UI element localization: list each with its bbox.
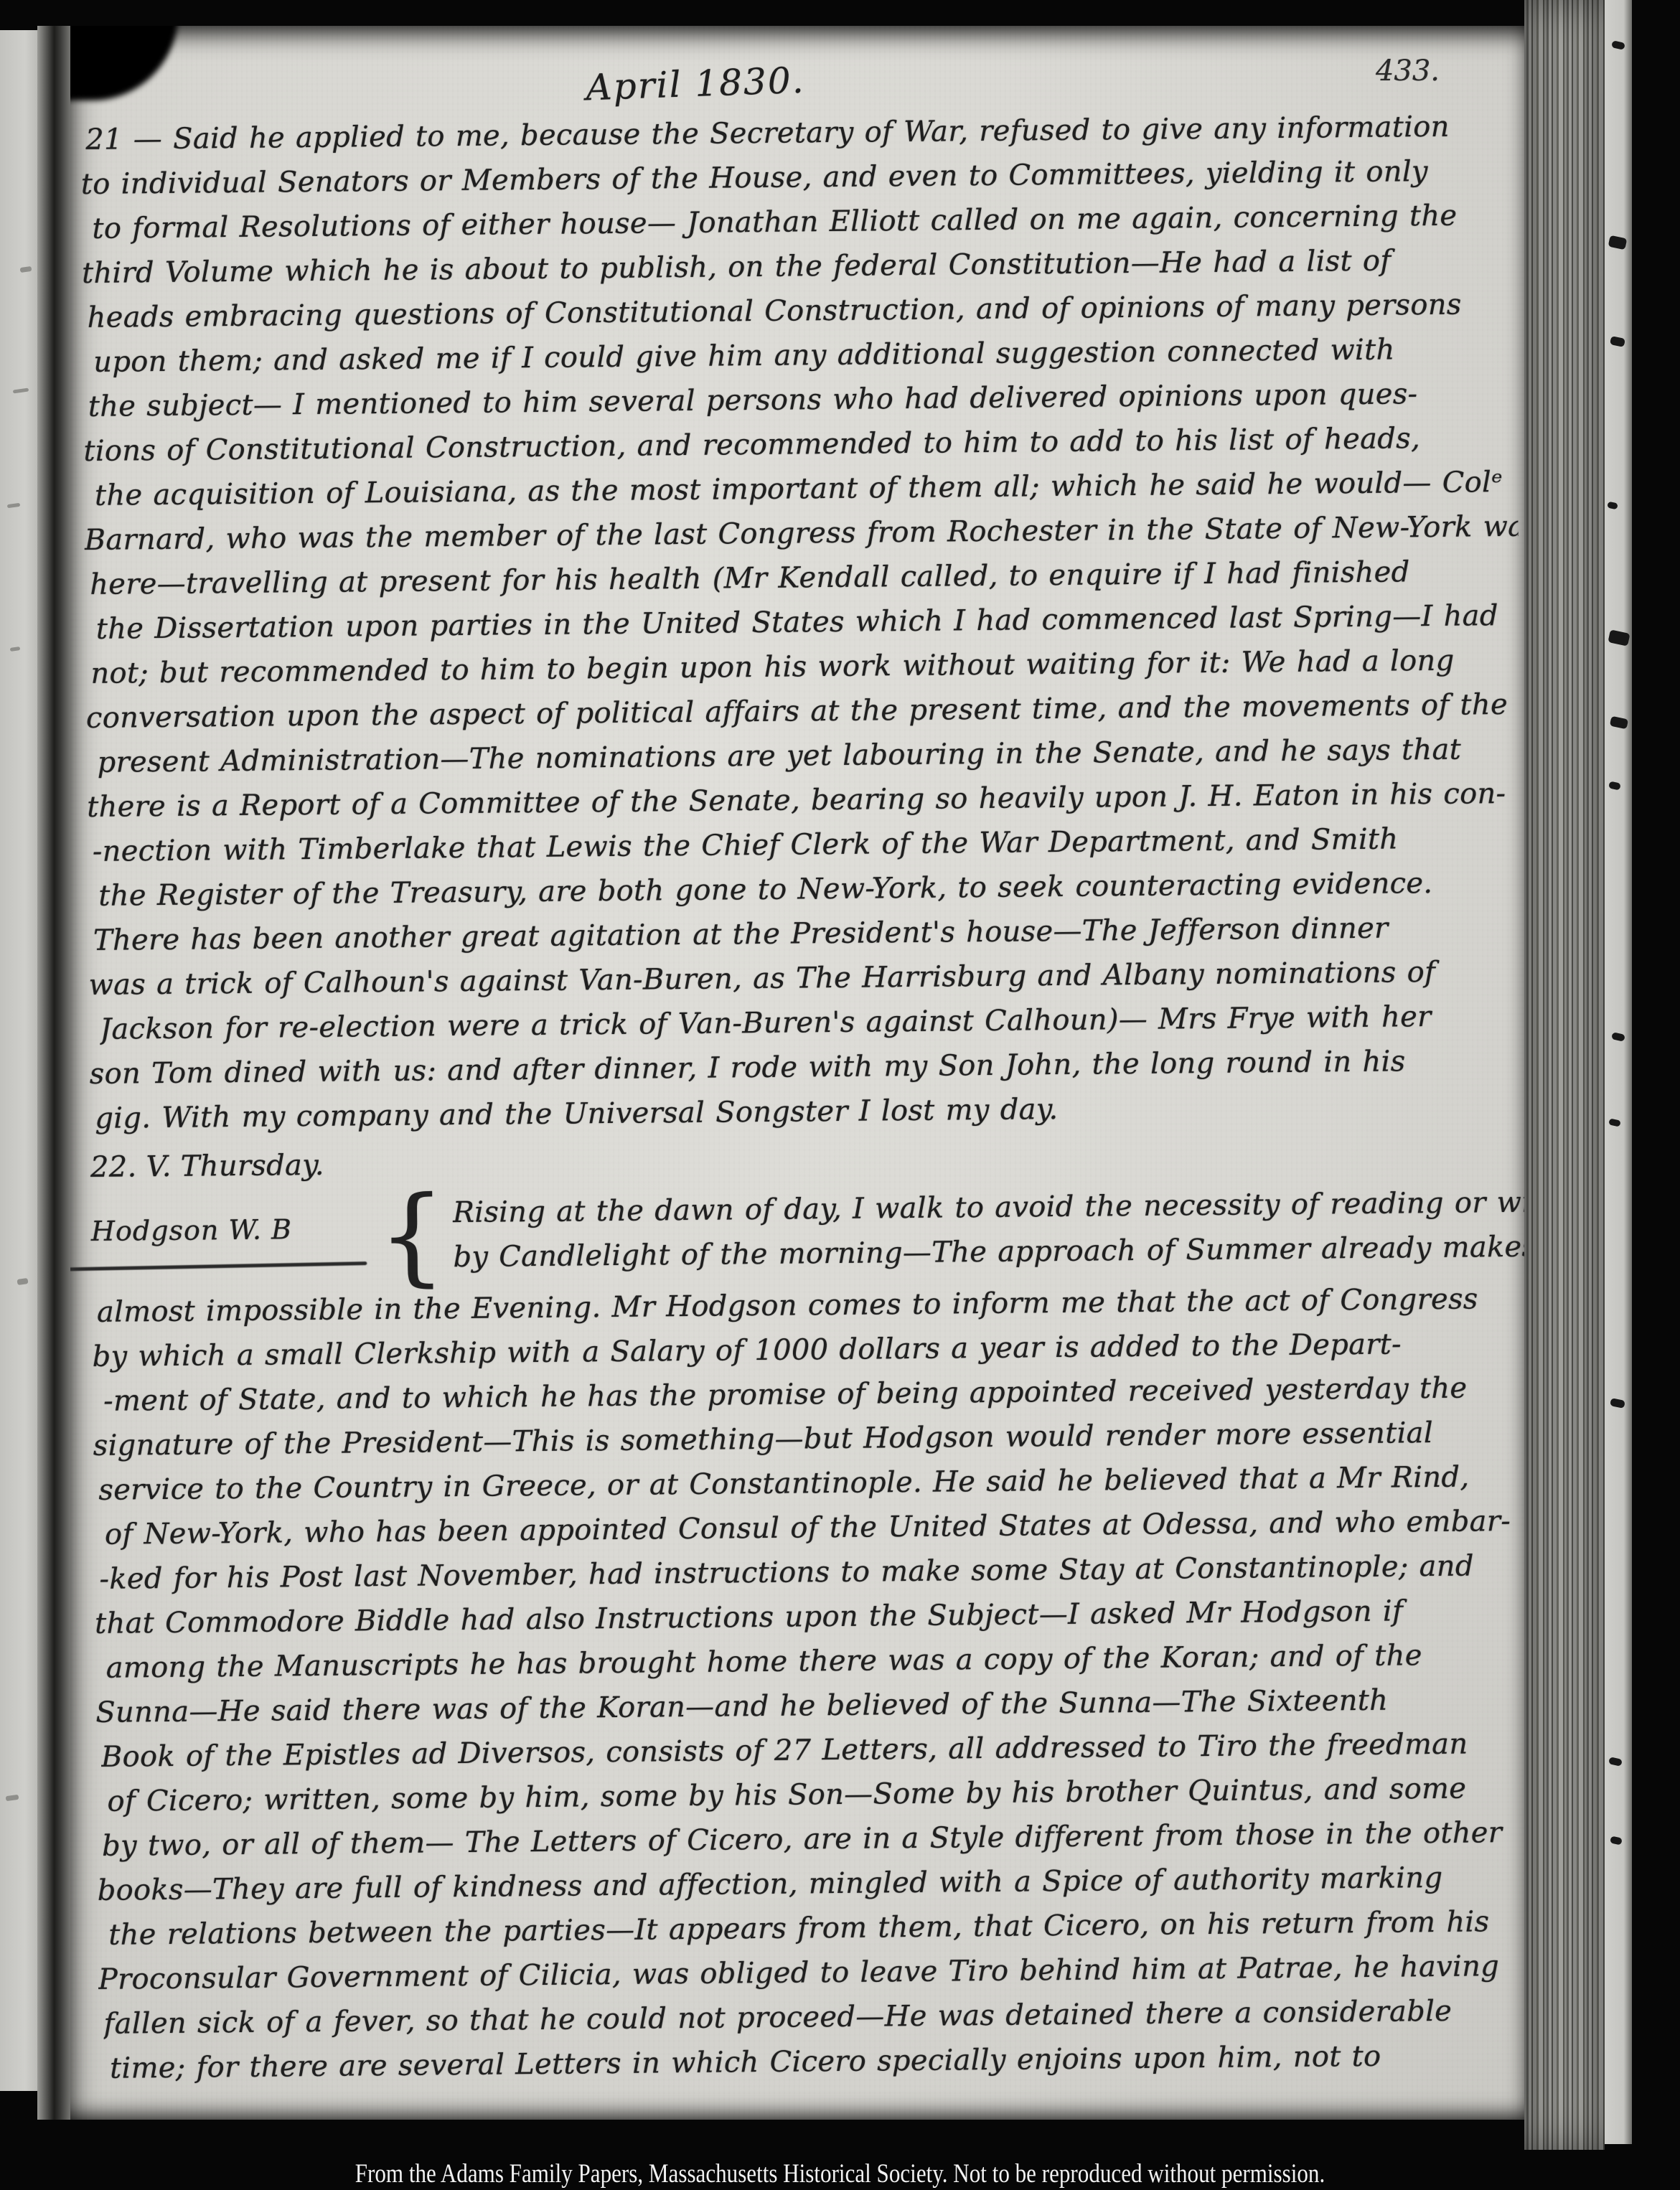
brace-icon: { (377, 1188, 446, 1283)
binding-gutter-shadow (37, 26, 75, 2120)
margin-note-underline (70, 1261, 367, 1271)
entry-april-22-opening: Hodgson W. B { Rising at the dawn of day… (90, 1178, 1524, 1286)
caption-bar: From the Adams Family Papers, Massachuse… (0, 2140, 1680, 2190)
ink-fragment (1610, 336, 1625, 347)
ink-fragment (1610, 716, 1628, 730)
ink-fragment (1608, 235, 1628, 250)
margin-note-hodgson: Hodgson W. B (91, 1213, 378, 1247)
next-page-edge (1605, 0, 1632, 2144)
ink-fragment (1611, 1032, 1625, 1042)
handwriting-block: 21 — Said he applied to me, because the … (80, 104, 1524, 2091)
ink-fragment (1608, 1757, 1623, 1767)
corner-shadow (70, 26, 178, 100)
ink-fragment (1610, 1836, 1623, 1845)
ink-fragment (20, 266, 32, 273)
entry-april-22-body: almost impossible in the Evening. Mr Hod… (92, 1277, 1524, 2091)
ink-fragment (17, 1278, 29, 1285)
ink-fragment (7, 503, 21, 508)
ink-fragment (1611, 40, 1625, 50)
ink-fragment (1610, 1398, 1625, 1409)
book-page-edges (1524, 0, 1605, 2150)
entry-april-21: 21 — Said he applied to me, because the … (80, 104, 1524, 1141)
ink-fragment (1608, 1118, 1621, 1127)
ink-fragment (6, 1795, 19, 1801)
page-number: 433. (1376, 55, 1440, 88)
archive-credit-caption: From the Adams Family Papers, Massachuse… (355, 2158, 1325, 2190)
brace-lines: Rising at the dawn of day, I walk to avo… (453, 1180, 1524, 1279)
manuscript-scan: April 1830. 433. 21 — Said he applied to… (0, 0, 1680, 2190)
ink-fragment (1607, 502, 1618, 510)
manuscript-page: April 1830. 433. 21 — Said he applied to… (70, 26, 1524, 2120)
ink-fragment (1608, 629, 1630, 646)
margin-note-wrap: Hodgson W. B (91, 1206, 379, 1269)
ink-fragment (13, 387, 29, 393)
ink-fragment (1608, 781, 1621, 790)
facing-page-edge (0, 30, 42, 2091)
page-header-date: April 1830. (586, 60, 806, 109)
ink-fragment (10, 647, 21, 652)
